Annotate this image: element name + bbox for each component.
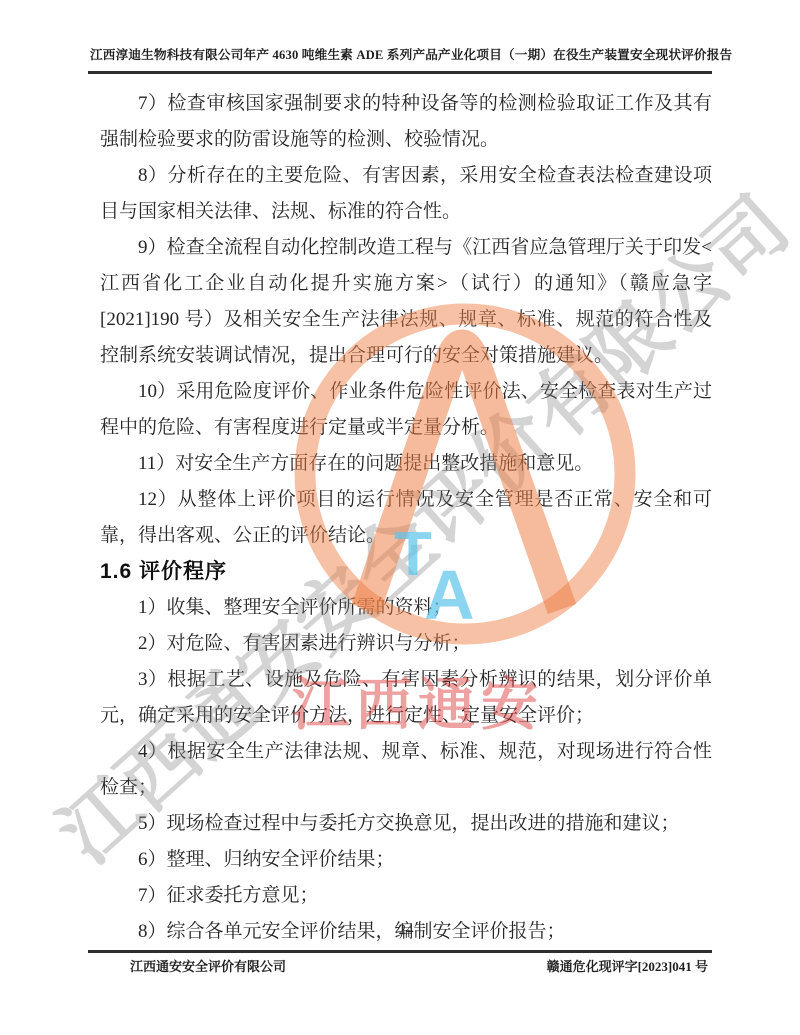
header-divider	[88, 71, 712, 74]
report-header-title: 江西淳迪生物科技有限公司年产 4630 吨维生素 ADE 系列产品产业化项目（一…	[90, 44, 712, 63]
page-number: 24	[100, 922, 712, 939]
procedure-list-item: 7）征求委托方意见；	[100, 878, 712, 914]
body-paragraph: 10）采用危险度评价、作业条件危险性评价法、安全检查表对生产过程中的危险、有害程…	[100, 374, 712, 446]
body-paragraph: 11）对安全生产方面存在的问题提出整改措施和意见。	[100, 446, 712, 482]
document-page: 江西淳迪生物科技有限公司年产 4630 吨维生素 ADE 系列产品产业化项目（一…	[0, 0, 800, 1035]
procedure-list: 1）收集、整理安全评价所需的资料；2）对危险、有害因素进行辨识与分析；3）根据工…	[100, 590, 712, 950]
procedure-list-item: 1）收集、整理安全评价所需的资料；	[100, 590, 712, 626]
footer-document-number: 赣通危化现评字[2023]041 号	[547, 956, 708, 975]
procedure-list-item: 2）对危险、有害因素进行辨识与分析；	[100, 626, 712, 662]
procedure-list-item: 5）现场检查过程中与委托方交换意见，提出改进的措施和建议；	[100, 806, 712, 842]
numbered-paragraphs: 7）检查审核国家强制要求的特种设备等的检测检验取证工作及其有强制检验要求的防雷设…	[100, 86, 712, 554]
section-heading: 1.6 评价程序	[100, 554, 712, 590]
procedure-list-item: 3）根据工艺、设施及危险、有害因素分析辨识的结果，划分评价单元，确定采用的安全评…	[100, 662, 712, 734]
body-paragraph: 7）检查审核国家强制要求的特种设备等的检测检验取证工作及其有强制检验要求的防雷设…	[100, 86, 712, 158]
document-body: 7）检查审核国家强制要求的特种设备等的检测检验取证工作及其有强制检验要求的防雷设…	[100, 86, 712, 950]
footer-company-name: 江西通安安全评价有限公司	[130, 956, 286, 975]
procedure-list-item: 4）根据安全生产法律法规、规章、标准、规范，对现场进行符合性检查；	[100, 734, 712, 806]
body-paragraph: 8）分析存在的主要危险、有害因素，采用安全检查表法检查建设项目与国家相关法律、法…	[100, 158, 712, 230]
procedure-list-item: 6）整理、归纳安全评价结果；	[100, 842, 712, 878]
body-paragraph: 12）从整体上评价项目的运行情况及安全管理是否正常、安全和可靠，得出客观、公正的…	[100, 482, 712, 554]
footer-divider	[88, 950, 712, 953]
body-paragraph: 9）检查全流程自动化控制改造工程与《江西省应急管理厅关于印发<江西省化工企业自动…	[100, 230, 712, 374]
